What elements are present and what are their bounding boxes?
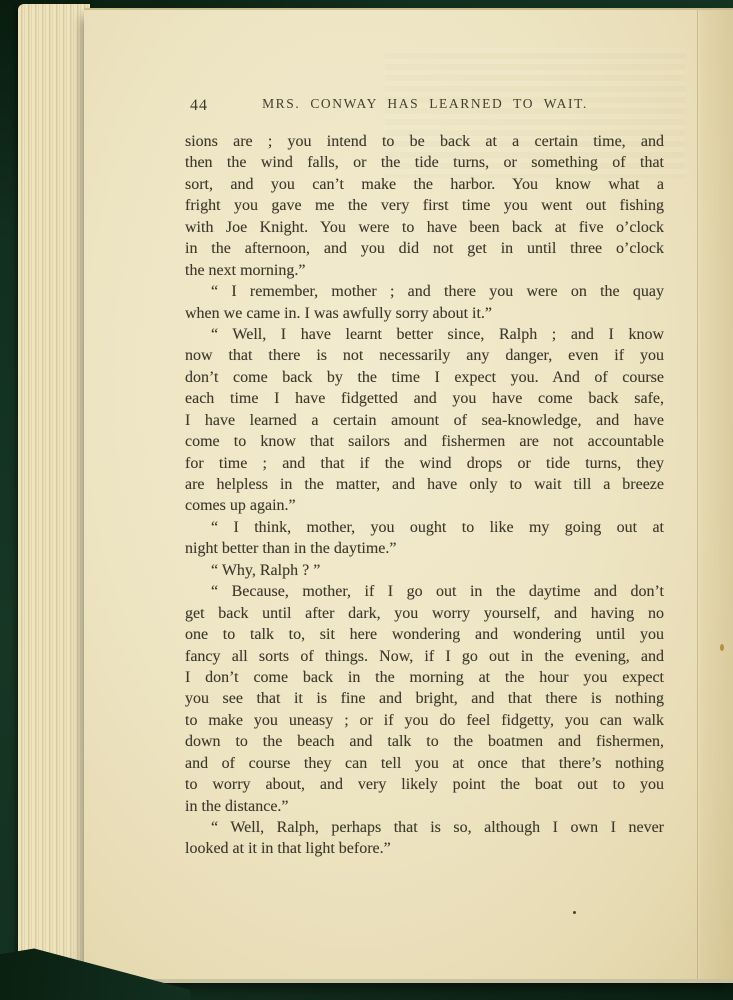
text-line: get back until after dark, you worry you… (185, 603, 664, 624)
paragraph: “ Well, Ralph, perhaps that is so, altho… (185, 817, 664, 860)
text-line: comes up again.” (185, 495, 664, 516)
page-edge-stack (18, 4, 90, 982)
running-header: MRS. CONWAY HAS LEARNED TO WAIT. (184, 96, 666, 112)
text-line: and of course they can tell you at once … (185, 753, 664, 774)
text-line: when we came in. I was awfully sorry abo… (185, 303, 664, 324)
text-line: sions are ; you intend to be back at a c… (185, 131, 664, 152)
text-line: now that there is not necessarily any da… (185, 345, 664, 366)
text-line: “ I remember, mother ; and there you wer… (185, 281, 664, 302)
text-line: with Joe Knight. You were to have been b… (185, 217, 664, 238)
text-line: each time I have fidgetted and you have … (185, 388, 664, 409)
text-line: I have learned a certain amount of sea-k… (185, 410, 664, 431)
paragraph: “ Because, mother, if I go out in the da… (185, 581, 664, 817)
ink-speck (573, 911, 576, 914)
text-line: in the afternoon, and you did not get in… (185, 238, 664, 259)
text-line: “ Why, Ralph ? ” (185, 560, 664, 581)
page-header: 44 MRS. CONWAY HAS LEARNED TO WAIT. (184, 96, 666, 116)
text-line: sort, and you can’t make the harbor. You… (185, 174, 664, 195)
text-line: “ Because, mother, if I go out in the da… (185, 581, 664, 602)
text-line: are helpless in the matter, and have onl… (185, 474, 664, 495)
text-line: down to the beach and talk to the boatme… (185, 731, 664, 752)
stain-speck (720, 644, 724, 651)
page-edge-tint (698, 10, 733, 979)
page-fold-line (697, 10, 698, 979)
paragraph: sions are ; you intend to be back at a c… (185, 131, 664, 281)
text-line: looked at it in that light before.” (185, 838, 664, 859)
text-line: you see that it is fine and bright, and … (185, 688, 664, 709)
body-text: sions are ; you intend to be back at a c… (185, 131, 664, 860)
text-line: don’t come back by the time I expect you… (185, 367, 664, 388)
paragraph: “ Well, I have learnt better since, Ralp… (185, 324, 664, 517)
paragraph: “ Why, Ralph ? ” (185, 560, 664, 581)
text-line: for time ; and that if the wind drops or… (185, 453, 664, 474)
page-number: 44 (190, 97, 208, 115)
book-page: 44 MRS. CONWAY HAS LEARNED TO WAIT. sion… (84, 8, 733, 979)
text-line: “ Well, Ralph, perhaps that is so, altho… (185, 817, 664, 838)
paragraph: “ I remember, mother ; and there you wer… (185, 281, 664, 324)
text-line: then the wind falls, or the tide turns, … (185, 152, 664, 173)
text-line: one to talk to, sit here wondering and w… (185, 624, 664, 645)
text-line: come to know that sailors and fishermen … (185, 431, 664, 452)
text-line: “ Well, I have learnt better since, Ralp… (185, 324, 664, 345)
paragraph: “ I think, mother, you ought to like my … (185, 517, 664, 560)
text-line: fancy all sorts of things. Now, if I go … (185, 646, 664, 667)
text-line: to make you uneasy ; or if you do feel f… (185, 710, 664, 731)
text-line: “ I think, mother, you ought to like my … (185, 517, 664, 538)
text-line: in the distance.” (185, 796, 664, 817)
text-line: fright you gave me the very first time y… (185, 195, 664, 216)
text-line: to worry about, and very likely point th… (185, 774, 664, 795)
text-line: I don’t come back in the morning at the … (185, 667, 664, 688)
text-line: the next morning.” (185, 260, 664, 281)
text-line: night better than in the daytime.” (185, 538, 664, 559)
